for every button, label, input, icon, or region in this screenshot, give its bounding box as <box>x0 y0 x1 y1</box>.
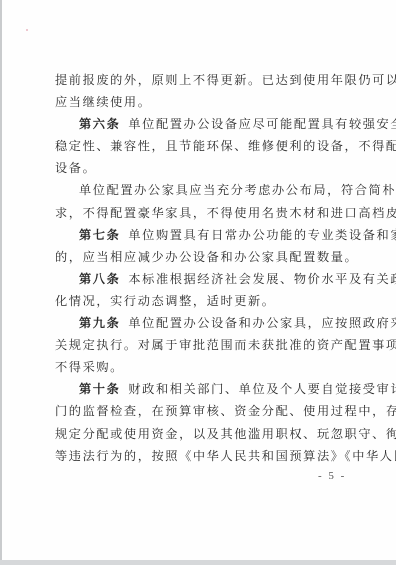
article-7-line: 第七条单位购置具有日常办公功能的专业类设备和家具 <box>55 224 347 246</box>
line-text: 单位配置办公设备和办公家具，应按照政府采购相 <box>128 316 396 330</box>
page-number: - 5 - <box>318 470 346 482</box>
article-number: 第六条 <box>79 117 120 131</box>
line-text: 本标准根据经济社会发展、物价水平及有关政策变 <box>128 272 396 286</box>
text-line: 等违法行为的，按照《中华人民共和国预算法》《中华人民共和 <box>55 445 347 467</box>
article-number: 第九条 <box>79 316 120 330</box>
line-text: 等违法行为的，按照《中华人民共和国预算法》《中华人民共和 <box>55 449 396 463</box>
text-line: 关规定执行。对属于审批范围而未获批准的资产配置事项，一律 <box>55 334 347 356</box>
scan-speck <box>26 29 28 31</box>
line-text: 的，应当相应减少办公设备和办公家具配置数量。 <box>55 250 358 264</box>
line-text: 规定分配或使用资金，以及其他滥用职权、玩忽职守、徇私舞弊 <box>55 427 396 441</box>
text-line: 的，应当相应减少办公设备和办公家具配置数量。 <box>55 246 347 268</box>
article-number: 第七条 <box>79 228 120 242</box>
article-8-line: 第八条本标准根据经济社会发展、物价水平及有关政策变 <box>55 268 347 290</box>
body-text: 提前报废的外，原则上不得更新。已达到使用年限仍可以使用的， 应当继续使用。 第六… <box>55 69 347 467</box>
page-bottom-edge <box>0 560 396 565</box>
page-left-edge <box>0 0 2 560</box>
text-line: 化情况，实行动态调整，适时更新。 <box>55 290 347 312</box>
text-line: 应当继续使用。 <box>55 91 347 113</box>
text-line: 规定分配或使用资金，以及其他滥用职权、玩忽职守、徇私舞弊 <box>55 423 347 445</box>
article-6-line: 第六条单位配置办公设备应尽可能配置具有较强安全性、 <box>55 113 347 135</box>
line-text: 关规定执行。对属于审批范围而未获批准的资产配置事项，一律 <box>55 338 396 352</box>
line-text: 门的监督检查，在预算审核、资金分配、使用过程中，存在违反 <box>55 404 396 418</box>
line-text: 单位配置办公设备应尽可能配置具有较强安全性、 <box>128 117 396 131</box>
article-9-line: 第九条单位配置办公设备和办公家具，应按照政府采购相 <box>55 312 347 334</box>
text-line: 设备。 <box>55 157 347 179</box>
text-line: 提前报废的外，原则上不得更新。已达到使用年限仍可以使用的， <box>55 69 347 91</box>
line-text: 单位购置具有日常办公功能的专业类设备和家具 <box>128 228 396 242</box>
line-text: 求，不得配置豪华家具，不得使用名贵木材和进口高档皮革。 <box>55 206 396 220</box>
line-text: 财政和相关部门、单位及个人要自觉接受审计等部 <box>128 382 396 396</box>
line-text: 稳定性、兼容性，且节能环保、维修便利的设备，不得配置高端 <box>55 139 396 153</box>
line-text: 提前报废的外，原则上不得更新。已达到使用年限仍可以使用的， <box>55 73 396 87</box>
line-text: 化情况，实行动态调整，适时更新。 <box>55 294 276 308</box>
document-page: 提前报废的外，原则上不得更新。已达到使用年限仍可以使用的， 应当继续使用。 第六… <box>0 0 396 560</box>
text-line: 门的监督检查，在预算审核、资金分配、使用过程中，存在违反 <box>55 400 347 422</box>
line-text: 设备。 <box>55 161 96 175</box>
article-number: 第十条 <box>79 382 120 396</box>
line-text: 应当继续使用。 <box>55 95 152 109</box>
text-line: 不得采购。 <box>55 356 347 378</box>
line-text: 单位配置办公家具应当充分考虑办公布局，符合简朴实用要 <box>79 183 396 197</box>
text-line: 稳定性、兼容性，且节能环保、维修便利的设备，不得配置高端 <box>55 135 347 157</box>
article-number: 第八条 <box>79 272 120 286</box>
text-line: 求，不得配置豪华家具，不得使用名贵木材和进口高档皮革。 <box>55 202 347 224</box>
article-10-line: 第十条财政和相关部门、单位及个人要自觉接受审计等部 <box>55 378 347 400</box>
text-line: 单位配置办公家具应当充分考虑办公布局，符合简朴实用要 <box>55 179 347 201</box>
line-text: 不得采购。 <box>55 360 124 374</box>
